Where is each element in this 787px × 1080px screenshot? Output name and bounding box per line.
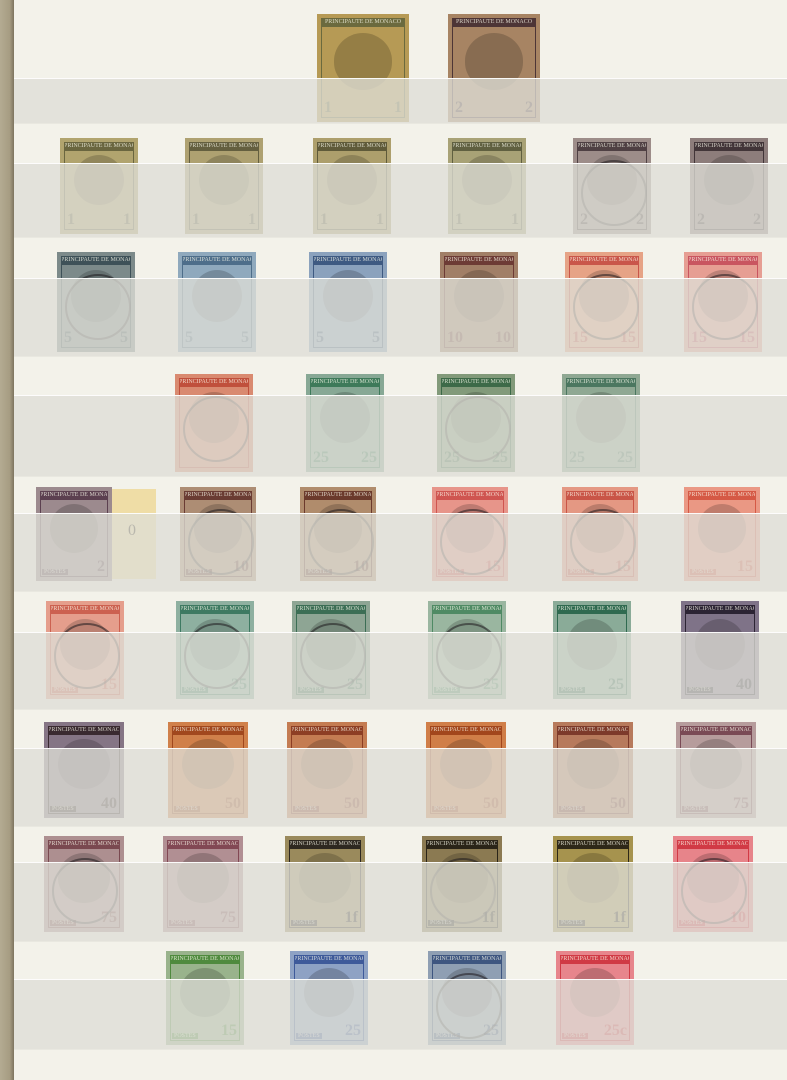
postes-label: POSTES (682, 806, 708, 812)
stamp[interactable]: PRINCIPAUTE DE MONACO55 (57, 252, 135, 352)
postes-label: POSTES (291, 920, 317, 926)
postes-label: POSTES (296, 1033, 322, 1039)
stamp[interactable]: PRINCIPAUTE DE MONACOPOSTES50 (426, 722, 506, 818)
stamp-value: 1 (123, 212, 131, 228)
stamp-value: 25 (617, 450, 633, 466)
postes-label: POSTES (298, 687, 324, 693)
stamp[interactable]: PRINCIPAUTE DE MONACOPOSTES40 (44, 722, 124, 818)
postes-label: POSTES (42, 569, 68, 575)
stamp[interactable]: PRINCIPAUTE DE MONACO11 (313, 138, 391, 234)
portrait-icon (50, 504, 99, 553)
stamp[interactable]: PRINCIPAUTE DE MONACOPOSTES50 (553, 722, 633, 818)
stamp[interactable]: PRINCIPAUTE DE MONACOPOSTES15 (684, 487, 760, 581)
stamp[interactable]: PRINCIPAUTE DE MONACO22 (448, 14, 540, 122)
stamp-value: 1 (324, 100, 332, 116)
stamp[interactable]: PRINCIPAUTE DE MONACO1010 (440, 252, 518, 352)
stamp-value: 5 (241, 330, 249, 346)
stamp[interactable]: PRINCIPAUTE DE MONACOPOSTES1f (553, 836, 633, 932)
album-binding (0, 0, 14, 1080)
stamp[interactable]: PRINCIPAUTE DE MONACOPOSTES15 (166, 951, 244, 1045)
stamp-value: 25c (604, 1023, 627, 1039)
stamp[interactable]: PRINCIPAUTE DE MONACOPOSTES10 (180, 487, 256, 581)
postmark-cancel (436, 623, 502, 689)
stamp[interactable]: PRINCIPAUTE DE MONACO11 (317, 14, 409, 122)
portrait-icon (323, 270, 373, 322)
stamp[interactable]: PRINCIPAUTE DE MONACOPOSTES75 (44, 836, 124, 932)
postes-label: POSTES (559, 687, 585, 693)
portrait-icon (301, 739, 352, 789)
portrait-icon (570, 968, 620, 1017)
stamp-value: 75 (220, 910, 236, 926)
stamp[interactable]: PRINCIPAUTE DE MONACO2525 (306, 374, 384, 472)
stamp-value: 2 (97, 559, 105, 575)
stamp[interactable]: PRINCIPAUTE DE MONACOPOSTES40 (681, 601, 759, 699)
postes-label: POSTES (52, 687, 78, 693)
stamp-value: 2 (525, 100, 533, 116)
stamp[interactable]: PRINCIPAUTE DE MONACO55 (309, 252, 387, 352)
stamp-value: 1 (192, 212, 200, 228)
stamp-value: 5 (64, 330, 72, 346)
portrait-icon (177, 853, 228, 903)
stamp[interactable]: PRINCIPAUTE DE MONACO1515 (565, 252, 643, 352)
postes-label: POSTES (690, 569, 716, 575)
stamp[interactable]: PRINCIPAUTE DE MONACO2525 (562, 374, 640, 472)
stamp[interactable]: PRINCIPAUTE DE MONACO2525 (437, 374, 515, 472)
stamp[interactable]: PRINCIPAUTE DE MONACO22 (690, 138, 768, 234)
postes-label: POSTES (174, 806, 200, 812)
postes-label: POSTES (432, 806, 458, 812)
stamp[interactable]: PRINCIPAUTE DE MONACOPOSTES50 (168, 722, 248, 818)
stamp-value: 25 (313, 450, 329, 466)
postmark-cancel (692, 274, 758, 340)
stamp-value: 1 (394, 100, 402, 116)
stamp[interactable]: PRINCIPAUTE DE MONACOPOSTES75 (676, 722, 756, 818)
stamp[interactable]: PRINCIPAUTE DE MONACOPOSTES75 (163, 836, 243, 932)
stamp[interactable]: PRINCIPAUTE DE MONACOPOSTES25 (428, 951, 506, 1045)
postmark-cancel (681, 858, 747, 924)
stamp[interactable]: PRINCIPAUTE DE MONACO22 (573, 138, 651, 234)
postes-label: POSTES (434, 687, 460, 693)
postmark-cancel (183, 396, 249, 462)
postmark-cancel (52, 858, 118, 924)
postes-label: POSTES (687, 687, 713, 693)
stamp-value: 50 (344, 796, 360, 812)
stamp[interactable]: PRINCIPAUTE DE MONACOPOSTES15 (46, 601, 124, 699)
postmark-cancel (54, 623, 120, 689)
portrait-icon (327, 155, 377, 205)
stamp[interactable]: PRINCIPAUTE DE MONACOPOSTES15 (432, 487, 508, 581)
portrait-icon (462, 155, 512, 205)
stamp[interactable]: PRINCIPAUTE DE MONACOPOSTES25 (292, 601, 370, 699)
postmark-cancel (436, 973, 502, 1039)
portrait-icon (180, 968, 230, 1017)
portrait-icon (334, 33, 393, 89)
stamp-value: 15 (737, 559, 753, 575)
portrait-icon (567, 619, 617, 670)
stamp[interactable]: PRINCIPAUTE DE MONACOPOSTES25 (553, 601, 631, 699)
stamp[interactable]: PRINCIPAUTE DE MONACO11 (448, 138, 526, 234)
postmark-cancel (440, 509, 506, 575)
stamp-value: 50 (610, 796, 626, 812)
stamp-value: 2 (753, 212, 761, 228)
portrait-icon (454, 270, 504, 322)
stamp[interactable]: PRINCIPAUTE DE MONACOPOSTES25 (290, 951, 368, 1045)
stamp-value: 2 (697, 212, 705, 228)
postmark-cancel (570, 509, 636, 575)
portrait-icon (320, 392, 370, 443)
postes-label: POSTES (50, 806, 76, 812)
stamp-value: 1 (455, 212, 463, 228)
stamp[interactable]: PRINCIPAUTE DE MONACOPOSTES10 (300, 487, 376, 581)
stamp[interactable]: PRINCIPAUTE DE MONACOPOSTES1f (285, 836, 365, 932)
portrait-icon (182, 739, 233, 789)
stamp-value: 25 (361, 450, 377, 466)
stamp-value: 5 (316, 330, 324, 346)
portrait-icon (698, 504, 747, 553)
stamp-value: 1 (67, 212, 75, 228)
stamp-value: 75 (733, 796, 749, 812)
stamp[interactable]: PRINCIPAUTE DE MONACOPOSTES25 (176, 601, 254, 699)
stamp-value: 10 (495, 330, 511, 346)
stamp-value: 10 (447, 330, 463, 346)
postes-label: POSTES (172, 1033, 198, 1039)
portrait-icon (576, 392, 626, 443)
stamp[interactable]: PRINCIPAUTE DE MONACO (175, 374, 253, 472)
stamp[interactable]: PRINCIPAUTE DE MONACOPOSTES2 (36, 487, 112, 581)
postes-label: POSTES (559, 920, 585, 926)
selvage-tab: 0 (112, 489, 156, 579)
stamp-value: 40 (736, 677, 752, 693)
postmark-cancel (300, 623, 366, 689)
postes-label: POSTES (169, 920, 195, 926)
portrait-icon (74, 155, 124, 205)
stamp[interactable]: PRINCIPAUTE DE MONACO55 (178, 252, 256, 352)
stamp-value: 5 (185, 330, 193, 346)
stamp-value: 1 (320, 212, 328, 228)
stamp-value: 1 (511, 212, 519, 228)
stamp[interactable]: PRINCIPAUTE DE MONACO11 (185, 138, 263, 234)
stamp-value: 2 (455, 100, 463, 116)
portrait-icon (690, 739, 741, 789)
stamp-value: 25 (569, 450, 585, 466)
stamp[interactable]: PRINCIPAUTE DE MONACOPOSTES1f (422, 836, 502, 932)
postmark-cancel (581, 160, 647, 226)
postmark-cancel (308, 509, 374, 575)
stamp-value: 40 (101, 796, 117, 812)
stamp[interactable]: PRINCIPAUTE DE MONACOPOSTES25 (428, 601, 506, 699)
stamp[interactable]: PRINCIPAUTE DE MONACOPOSTES15 (562, 487, 638, 581)
stamp-value: 1 (248, 212, 256, 228)
stamp-value: 1 (376, 212, 384, 228)
postmark-cancel (573, 274, 639, 340)
portrait-icon (695, 619, 745, 670)
stamp-value: 25 (345, 1023, 361, 1039)
stamp[interactable]: PRINCIPAUTE DE MONACOPOSTES25c (556, 951, 634, 1045)
selvage-number: 0 (128, 522, 136, 540)
postes-label: POSTES (562, 1033, 588, 1039)
portrait-icon (58, 739, 109, 789)
postes-label: POSTES (559, 806, 585, 812)
postmark-cancel (65, 274, 131, 340)
stamp-value: 5 (120, 330, 128, 346)
portrait-icon (299, 853, 350, 903)
stamp-value: 15 (221, 1023, 237, 1039)
portrait-icon (704, 155, 754, 205)
postes-label: POSTES (182, 687, 208, 693)
stamp[interactable]: PRINCIPAUTE DE MONACOPOSTES50 (287, 722, 367, 818)
stamp-value: 25 (608, 677, 624, 693)
stamp-value: 50 (225, 796, 241, 812)
stamp-value: 1f (613, 910, 626, 926)
stamp[interactable]: PRINCIPAUTE DE MONACOPOSTES10 (673, 836, 753, 932)
postmark-cancel (445, 396, 511, 462)
portrait-icon (567, 739, 618, 789)
stamp-value: 50 (483, 796, 499, 812)
stamp-value: 2 (580, 212, 588, 228)
postmark-cancel (184, 623, 250, 689)
portrait-icon (440, 739, 491, 789)
postes-label: POSTES (293, 806, 319, 812)
postmark-cancel (188, 509, 254, 575)
stamp[interactable]: PRINCIPAUTE DE MONACO1515 (684, 252, 762, 352)
stamp-value: 5 (372, 330, 380, 346)
portrait-icon (199, 155, 249, 205)
postmark-cancel (430, 858, 496, 924)
portrait-icon (567, 853, 618, 903)
stamp[interactable]: PRINCIPAUTE DE MONACO11 (60, 138, 138, 234)
portrait-icon (192, 270, 242, 322)
portrait-icon (304, 968, 354, 1017)
portrait-icon (465, 33, 524, 89)
stamp-value: 1f (345, 910, 358, 926)
